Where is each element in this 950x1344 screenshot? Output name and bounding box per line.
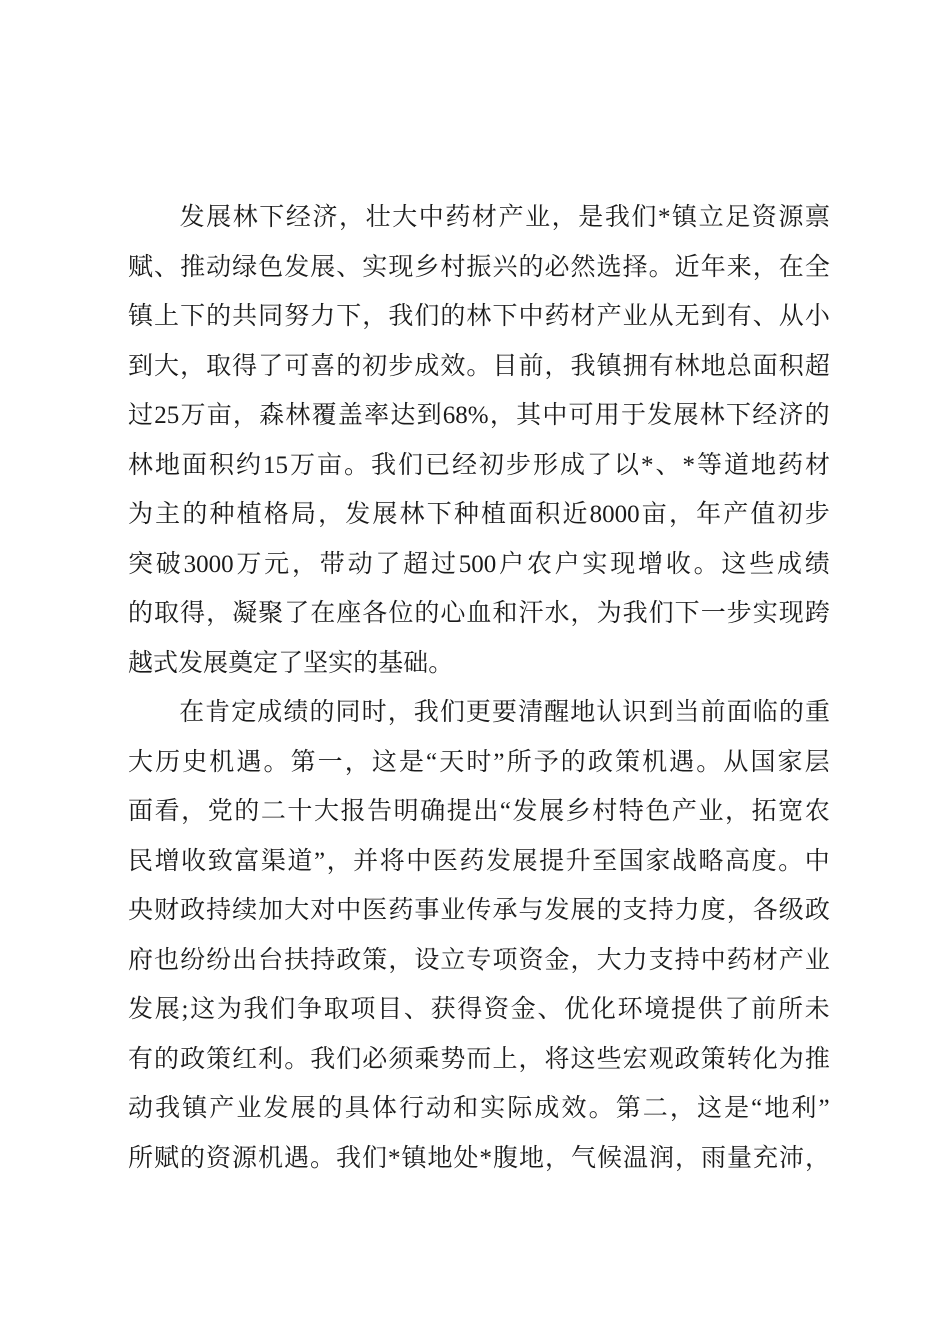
text-glyph: 从 xyxy=(649,304,674,329)
text-glyph: 腹 xyxy=(493,1146,518,1171)
text-glyph: 机 xyxy=(258,1146,283,1171)
text-glyph: 跨 xyxy=(805,601,830,626)
text-glyph: 展 xyxy=(203,651,228,676)
text-glyph: ， xyxy=(753,255,778,280)
text-glyph: 从 xyxy=(779,304,804,329)
text-glyph: 下 xyxy=(180,304,205,329)
text-glyph: 动 xyxy=(426,1096,451,1121)
text-glyph: 产 xyxy=(672,799,697,824)
text-glyph: 看 xyxy=(155,799,180,824)
text-line: 发展;这为我们争取项目、获得资金、优化环境提供了前所未 xyxy=(128,985,830,1035)
text-glyph: 体 xyxy=(372,1096,397,1121)
text-glyph: 药 xyxy=(727,948,752,973)
text-glyph: 色 xyxy=(645,799,670,824)
text-glyph: 产 xyxy=(499,205,524,230)
text-glyph: 必 xyxy=(545,255,570,280)
text-glyph: 、 xyxy=(154,255,179,280)
text-glyph: 提 xyxy=(671,997,696,1022)
text-glyph: 源 xyxy=(232,1146,257,1171)
text-glyph: 镇 xyxy=(401,1146,426,1171)
text-glyph: 项 xyxy=(350,997,375,1022)
text-glyph: 材 xyxy=(753,948,778,973)
text-glyph: 专 xyxy=(466,948,491,973)
text-glyph: 一 xyxy=(318,750,343,775)
text-glyph: 发 xyxy=(263,1096,288,1121)
text-glyph: 展 xyxy=(155,997,180,1022)
text-glyph: 现 xyxy=(610,552,635,577)
text-glyph: 更 xyxy=(466,700,491,725)
text-glyph: ， xyxy=(181,799,206,824)
text-glyph: 行 xyxy=(399,1096,424,1121)
text-glyph: 镇 xyxy=(182,1096,207,1121)
text-glyph: 到 xyxy=(701,304,726,329)
text-glyph: 森 xyxy=(259,403,284,428)
text-glyph: 政 xyxy=(675,1047,700,1072)
text-glyph: 位 xyxy=(388,601,413,626)
text-glyph: 史 xyxy=(182,750,207,775)
text-glyph: 获 xyxy=(431,997,456,1022)
text-glyph: 大 xyxy=(154,354,179,379)
text-glyph: 500 xyxy=(459,552,497,577)
text-glyph: 业 xyxy=(525,205,550,230)
text-glyph: 足 xyxy=(725,205,750,230)
text-glyph: 资 xyxy=(484,997,509,1022)
text-glyph: 时 xyxy=(362,700,387,725)
text-glyph: ， xyxy=(345,750,370,775)
text-glyph: 用 xyxy=(595,403,620,428)
text-glyph: 持 xyxy=(206,898,231,923)
text-line: 面看，党的二十大报告明确提出“发展乡村特色产业，拓宽农 xyxy=(128,787,830,837)
text-line: 赋、推动绿色发展、实现乡村振兴的必然选择。近年来，在全 xyxy=(128,243,830,293)
text-glyph: 我 xyxy=(414,700,439,725)
text-glyph: 资 xyxy=(206,1146,231,1171)
text-glyph: ， xyxy=(545,354,570,379)
text-glyph: 基 xyxy=(378,651,403,676)
text-glyph: 在 xyxy=(310,601,335,626)
text-glyph: 们 xyxy=(649,601,674,626)
text-glyph: 度 xyxy=(752,849,777,874)
text-glyph: 们 xyxy=(270,997,295,1022)
text-glyph: 动 xyxy=(206,255,231,280)
text-glyph: 药 xyxy=(545,304,570,329)
text-glyph: “ xyxy=(751,1096,762,1121)
text-glyph: 的 xyxy=(440,304,465,329)
text-glyph: 材 xyxy=(571,304,596,329)
text-glyph: 。 xyxy=(466,354,491,379)
text-glyph: 下 xyxy=(492,304,517,329)
text-glyph: 心 xyxy=(440,601,465,626)
text-glyph: 下 xyxy=(726,403,751,428)
text-glyph: 村 xyxy=(440,255,465,280)
text-glyph: 中 xyxy=(518,304,543,329)
text-glyph: 值 xyxy=(750,502,775,527)
text-glyph: 动 xyxy=(128,1096,153,1121)
text-glyph: 。 xyxy=(263,750,288,775)
text-line: 为主的种植格局，发展林下种植面积近8000亩，年产值初步 xyxy=(128,490,830,540)
text-glyph: 济 xyxy=(312,205,337,230)
text-glyph: 展 xyxy=(673,403,698,428)
text-glyph: 绿 xyxy=(232,255,257,280)
text-glyph: 实 xyxy=(480,1096,505,1121)
text-glyph: 的 xyxy=(154,1047,179,1072)
text-glyph: 们 xyxy=(362,1146,387,1171)
text-glyph: 种 xyxy=(209,502,234,527)
text-glyph: 的 xyxy=(128,601,153,626)
text-glyph: 展 xyxy=(291,1096,316,1121)
text-glyph: 出 xyxy=(473,799,498,824)
text-glyph: 环 xyxy=(618,997,643,1022)
text-glyph: 至 xyxy=(592,849,617,874)
text-glyph: “ xyxy=(500,799,511,824)
text-glyph: 成 xyxy=(560,453,585,478)
text-glyph: 然 xyxy=(571,255,596,280)
text-glyph: 共 xyxy=(232,304,257,329)
text-glyph: 出 xyxy=(232,948,257,973)
text-glyph: 步 xyxy=(388,354,413,379)
text-glyph: 成 xyxy=(534,1096,559,1121)
text-glyph: 成 xyxy=(414,354,439,379)
text-glyph: 支 xyxy=(649,948,674,973)
text-glyph: 源 xyxy=(778,205,803,230)
text-glyph: 雨 xyxy=(701,1146,726,1171)
text-glyph: 绩 xyxy=(283,700,308,725)
text-glyph: 展 xyxy=(310,255,335,280)
text-glyph: 了 xyxy=(724,997,749,1022)
text-glyph: 突 xyxy=(128,552,153,577)
text-glyph: 所 xyxy=(507,750,532,775)
text-glyph: 第 xyxy=(291,750,316,775)
text-glyph: 清 xyxy=(518,700,543,725)
text-glyph: ， xyxy=(490,403,515,428)
text-glyph: 争 xyxy=(297,997,322,1022)
text-glyph: 同 xyxy=(258,304,283,329)
text-glyph: 收 xyxy=(666,552,691,577)
text-line: 大历史机遇。第一，这是“天时”所予的政策机遇。从国家层 xyxy=(128,738,830,788)
text-glyph: 现 xyxy=(779,601,804,626)
text-glyph: 发 xyxy=(486,849,511,874)
text-glyph: 到 xyxy=(128,354,153,379)
text-glyph: 资 xyxy=(752,205,777,230)
text-glyph: 。 xyxy=(344,453,369,478)
text-glyph: 率 xyxy=(364,403,389,428)
text-glyph: 发 xyxy=(128,997,153,1022)
text-glyph: 供 xyxy=(698,997,723,1022)
text-line: 的取得，凝聚了在座各位的心血和汗水，为我们下一步实现跨 xyxy=(128,589,830,639)
text-glyph: 格 xyxy=(264,502,289,527)
text-glyph: * xyxy=(641,453,654,478)
text-glyph: 成 xyxy=(777,552,802,577)
text-glyph: 展 xyxy=(539,799,564,824)
text-glyph: 大 xyxy=(284,898,309,923)
text-glyph: 这 xyxy=(697,1096,722,1121)
text-glyph: ， xyxy=(545,1146,570,1171)
text-glyph: 等 xyxy=(697,453,722,478)
text-glyph: 肯 xyxy=(205,700,230,725)
text-glyph: 得 xyxy=(232,354,257,379)
text-glyph: 观 xyxy=(649,1047,674,1072)
text-glyph: 户 xyxy=(499,552,524,577)
text-glyph: 升 xyxy=(566,849,591,874)
text-glyph: 、 xyxy=(404,997,429,1022)
text-glyph: 覆 xyxy=(312,403,337,428)
text-glyph: 的 xyxy=(182,502,207,527)
text-glyph: 的 xyxy=(561,750,586,775)
text-glyph: 大 xyxy=(597,948,622,973)
text-glyph: 国 xyxy=(750,750,775,775)
text-glyph: 农 xyxy=(527,552,552,577)
text-glyph: 展 xyxy=(206,205,231,230)
text-glyph: 小 xyxy=(805,304,830,329)
text-glyph: 党 xyxy=(208,799,233,824)
text-glyph: 到 xyxy=(648,700,673,725)
text-glyph: 必 xyxy=(362,1047,387,1072)
text-glyph: 取 xyxy=(324,997,349,1022)
text-glyph: 。 xyxy=(589,1096,614,1121)
text-glyph: 初 xyxy=(479,453,504,478)
text-glyph: 68% xyxy=(443,403,489,428)
text-glyph: 植 xyxy=(237,502,262,527)
text-glyph: 度 xyxy=(701,898,726,923)
text-glyph: 血 xyxy=(466,601,491,626)
text-glyph: 中 xyxy=(406,849,431,874)
text-glyph: 化 xyxy=(753,1047,778,1072)
text-glyph: 境 xyxy=(644,997,669,1022)
text-glyph: 十 xyxy=(287,799,312,824)
text-glyph: 发 xyxy=(647,403,672,428)
text-glyph: 、 xyxy=(655,453,680,478)
text-glyph: 积 xyxy=(779,354,804,379)
text-glyph: 道 xyxy=(287,849,312,874)
text-glyph: 越 xyxy=(128,651,153,676)
text-glyph: ， xyxy=(552,205,577,230)
text-glyph: 了 xyxy=(278,651,303,676)
text-glyph: 予 xyxy=(534,750,559,775)
text-glyph: 政 xyxy=(180,898,205,923)
text-glyph: 设 xyxy=(414,948,439,973)
text-glyph: 提 xyxy=(447,799,472,824)
text-glyph: 金 xyxy=(545,948,570,973)
text-glyph: 现 xyxy=(388,255,413,280)
text-glyph: 临 xyxy=(753,700,778,725)
text-glyph: 破 xyxy=(156,552,181,577)
text-glyph: 产 xyxy=(723,502,748,527)
text-glyph: 业 xyxy=(805,948,830,973)
text-glyph: ， xyxy=(727,898,752,923)
text-glyph: 时 xyxy=(466,750,491,775)
text-glyph: 和 xyxy=(453,1096,478,1121)
text-glyph: 持 xyxy=(675,948,700,973)
text-glyph: 万 xyxy=(290,453,315,478)
text-glyph: 国 xyxy=(619,849,644,874)
text-glyph: 地 xyxy=(764,1096,789,1121)
text-glyph: 支 xyxy=(623,898,648,923)
text-glyph: 步 xyxy=(805,502,830,527)
text-glyph: 以 xyxy=(614,453,639,478)
text-glyph: ， xyxy=(571,948,596,973)
text-glyph: 有 xyxy=(128,1047,153,1072)
text-glyph: 发 xyxy=(545,898,570,923)
text-glyph: 下 xyxy=(675,601,700,626)
text-line: 发展林下经济，壮大中药材产业，是我们*镇立足资源禀 xyxy=(128,193,830,243)
text-glyph: 了 xyxy=(587,453,612,478)
text-glyph: 农 xyxy=(805,799,830,824)
text-glyph: 实 xyxy=(582,552,607,577)
text-glyph: 事 xyxy=(414,898,439,923)
text-glyph: 的 xyxy=(353,651,378,676)
text-glyph: 们 xyxy=(440,700,465,725)
text-glyph: 实 xyxy=(362,255,387,280)
text-glyph: 们 xyxy=(398,453,423,478)
text-glyph: 是 xyxy=(399,750,424,775)
text-line: 过25万亩，森林覆盖率达到68%，其中可用于发展林下经济的 xyxy=(128,391,830,441)
text-glyph: 式 xyxy=(153,651,178,676)
text-glyph: 有 xyxy=(649,354,674,379)
text-glyph: 选 xyxy=(597,255,622,280)
text-glyph: 目 xyxy=(377,997,402,1022)
text-glyph: 地 xyxy=(427,1146,452,1171)
text-glyph: 得 xyxy=(180,601,205,626)
text-glyph: ” xyxy=(314,849,325,874)
text-glyph: 林 xyxy=(285,403,310,428)
text-glyph: 万 xyxy=(180,403,205,428)
text-glyph: 下 xyxy=(427,502,452,527)
text-glyph: 利 xyxy=(258,1047,283,1072)
text-glyph: 形 xyxy=(533,453,558,478)
text-glyph: 药 xyxy=(459,849,484,874)
text-glyph: ， xyxy=(669,502,694,527)
text-glyph: 温 xyxy=(623,1146,648,1171)
text-glyph: 壮 xyxy=(366,205,391,230)
text-glyph: 高 xyxy=(725,849,750,874)
text-glyph: 亩 xyxy=(317,453,342,478)
text-glyph: 业 xyxy=(698,799,723,824)
text-glyph: 上 xyxy=(492,1047,517,1072)
text-glyph: 的 xyxy=(805,403,830,428)
text-glyph: 府 xyxy=(128,948,153,973)
text-glyph: 济 xyxy=(778,403,803,428)
text-glyph: 8000 xyxy=(590,502,640,527)
text-glyph: 提 xyxy=(539,849,564,874)
text-glyph: 效 xyxy=(562,1096,587,1121)
text-glyph: 而 xyxy=(466,1047,491,1072)
text-glyph: 的 xyxy=(336,354,361,379)
text-glyph: 局 xyxy=(291,502,316,527)
text-glyph: 础 xyxy=(403,651,428,676)
text-glyph: 近 xyxy=(563,502,588,527)
text-glyph: 策 xyxy=(701,1047,726,1072)
text-glyph: ， xyxy=(327,849,352,874)
text-glyph: 对 xyxy=(310,898,335,923)
text-glyph: 发 xyxy=(513,799,538,824)
text-glyph: 所 xyxy=(128,1146,153,1171)
text-glyph: 政 xyxy=(805,898,830,923)
text-glyph: 在 xyxy=(779,255,804,280)
text-glyph: 各 xyxy=(362,601,387,626)
text-line: 所赋的资源机遇。我们*镇地处*腹地，气候温润，雨量充沛， xyxy=(128,1134,830,1184)
text-glyph: ， xyxy=(571,601,596,626)
text-glyph: 略 xyxy=(698,849,723,874)
text-glyph: 这 xyxy=(721,552,746,577)
text-glyph: 主 xyxy=(155,502,180,527)
text-glyph: 林 xyxy=(400,502,425,527)
text-glyph: 策 xyxy=(206,1047,231,1072)
text-glyph: 利 xyxy=(791,1096,816,1121)
text-glyph: 中 xyxy=(542,403,567,428)
text-glyph: 势 xyxy=(440,1047,465,1072)
text-glyph: 大 xyxy=(392,205,417,230)
text-glyph: 政 xyxy=(180,1047,205,1072)
text-glyph: 重 xyxy=(805,700,830,725)
text-glyph: 我 xyxy=(310,1047,335,1072)
text-glyph: 纷 xyxy=(206,948,231,973)
text-glyph: 地 xyxy=(701,354,726,379)
text-glyph: 加 xyxy=(258,898,283,923)
text-glyph: ， xyxy=(805,1146,830,1171)
text-glyph: 实 xyxy=(328,651,353,676)
text-glyph: 们 xyxy=(414,304,439,329)
first-line-indent xyxy=(128,217,178,218)
text-glyph: 药 xyxy=(778,453,803,478)
text-glyph: 汗 xyxy=(518,601,543,626)
text-glyph: 绩 xyxy=(805,552,830,577)
text-glyph: 为 xyxy=(779,1047,804,1072)
text-glyph: 的 xyxy=(597,898,622,923)
text-glyph: 镇 xyxy=(597,354,622,379)
text-glyph: 。 xyxy=(284,1047,309,1072)
text-glyph: 未 xyxy=(805,997,830,1022)
text-glyph: ， xyxy=(675,1146,700,1171)
text-glyph: 面 xyxy=(753,354,778,379)
text-glyph: ， xyxy=(518,1047,543,1072)
text-glyph: 。 xyxy=(428,651,453,676)
text-glyph: 经 xyxy=(452,453,477,478)
text-glyph: 禀 xyxy=(805,205,830,230)
text-glyph: 增 xyxy=(155,849,180,874)
text-glyph: 纷 xyxy=(180,948,205,973)
text-glyph: 。 xyxy=(649,255,674,280)
text-glyph: 元 xyxy=(264,552,289,577)
text-glyph: 种 xyxy=(454,502,479,527)
text-glyph: 金 xyxy=(511,997,536,1022)
text-glyph: 立 xyxy=(440,948,465,973)
text-glyph: 的 xyxy=(779,700,804,725)
text-glyph: 中 xyxy=(701,948,726,973)
text-glyph: 年 xyxy=(696,502,721,527)
text-glyph: ， xyxy=(388,700,413,725)
text-glyph: 材 xyxy=(472,205,497,230)
text-glyph: 步 xyxy=(727,601,752,626)
text-glyph: 经 xyxy=(286,205,311,230)
text-glyph: 致 xyxy=(208,849,233,874)
document-text-block: 发展林下经济，壮大中药材产业，是我们*镇立足资源禀赋、推动绿色发展、实现乡村振兴… xyxy=(128,193,830,1183)
text-glyph: 力 xyxy=(623,948,648,973)
text-glyph: 水 xyxy=(545,601,570,626)
text-glyph: 面 xyxy=(508,502,533,527)
text-glyph: 这 xyxy=(571,1047,596,1072)
text-glyph: * xyxy=(388,1146,401,1171)
text-glyph: 了 xyxy=(258,354,283,379)
text-glyph: 喜 xyxy=(310,354,335,379)
text-glyph: 化 xyxy=(591,997,616,1022)
text-glyph: 赋 xyxy=(128,255,153,280)
text-glyph: 在 xyxy=(179,700,204,725)
text-glyph: 醒 xyxy=(544,700,569,725)
text-glyph: 面 xyxy=(128,799,153,824)
first-line-indent xyxy=(128,712,178,713)
text-glyph: 力 xyxy=(310,304,335,329)
text-glyph: 效 xyxy=(440,354,465,379)
text-glyph: 积 xyxy=(535,502,560,527)
